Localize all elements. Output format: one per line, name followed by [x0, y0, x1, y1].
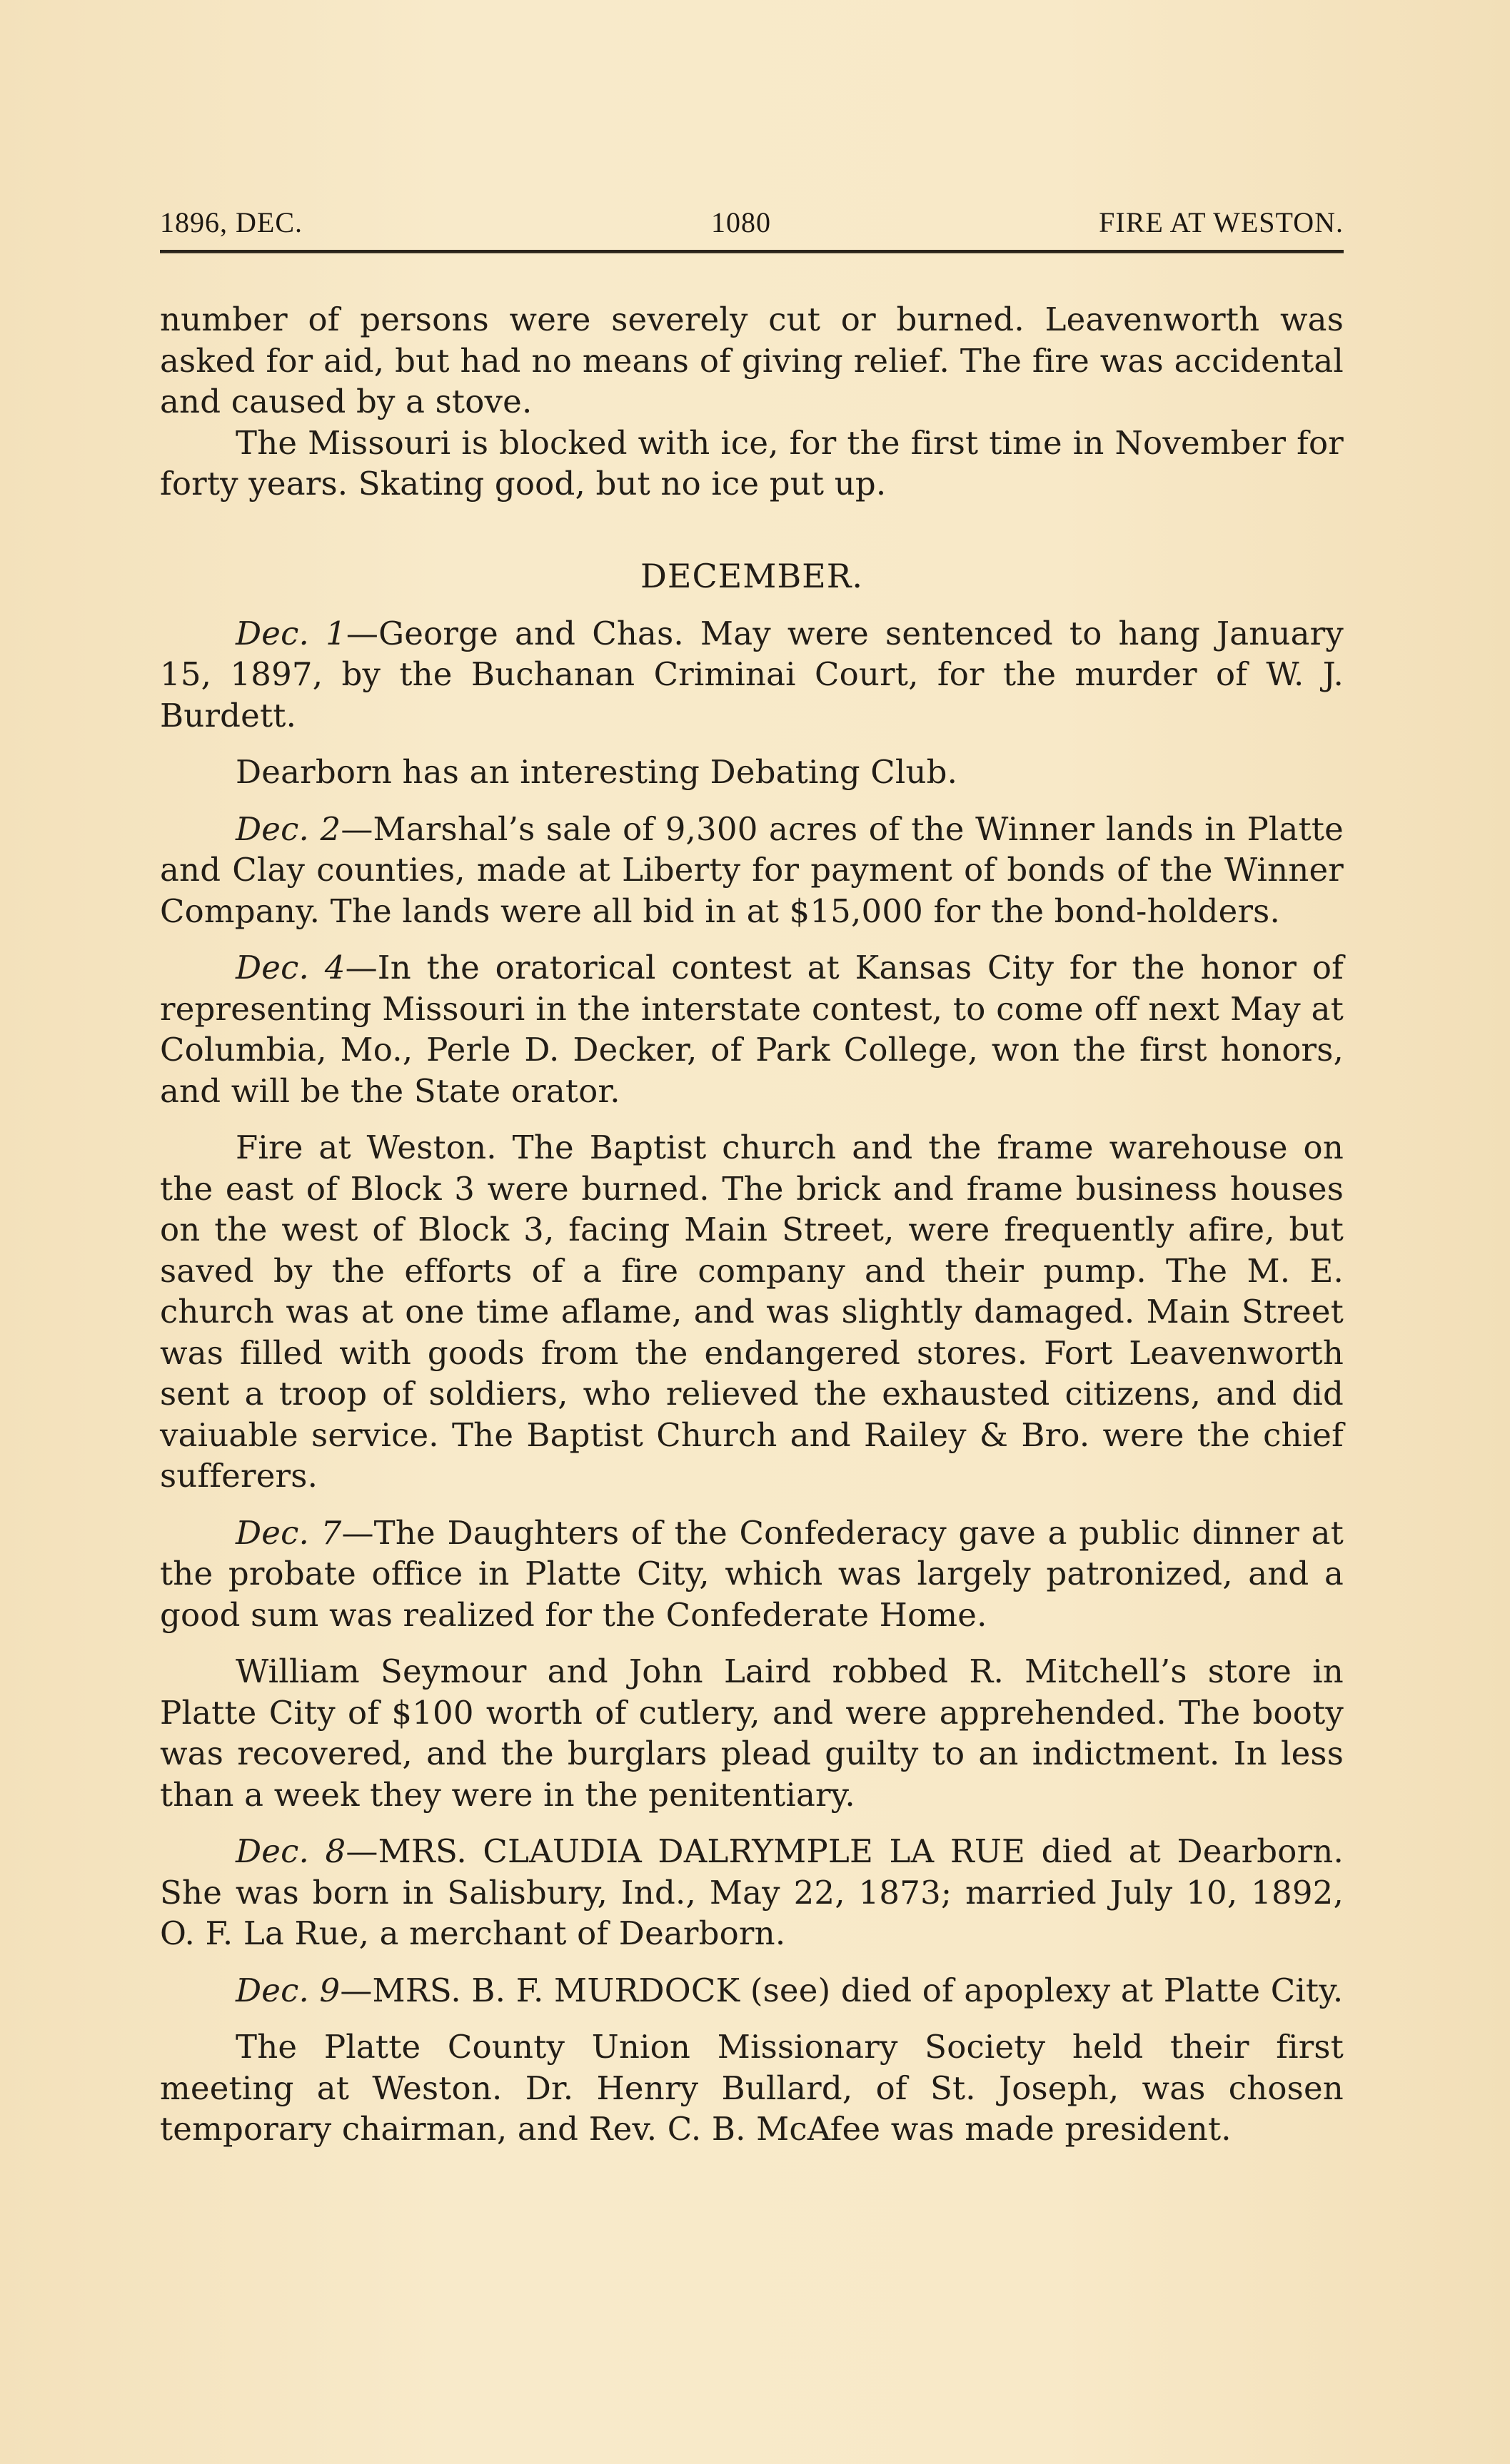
- entry-fire-at-weston: Fire at Weston. The Baptist church and t…: [160, 1127, 1344, 1497]
- paragraph-continued: number of persons were severely cut or b…: [160, 299, 1344, 423]
- body-text: number of persons were severely cut or b…: [160, 299, 1344, 2150]
- header-rule: [160, 250, 1344, 253]
- entry-missionary-society: The Platte County Union Missionary Socie…: [160, 2026, 1344, 2150]
- entry-date: Dec. 7: [236, 1514, 341, 1552]
- entry-dec-8: Dec. 8—MRS. CLAUDIA DALRYMPLE LA RUE die…: [160, 1831, 1344, 1954]
- entry-dec-2: Dec. 2—Marshal’s sale of 9,300 acres of …: [160, 809, 1344, 932]
- paragraph-missouri-ice: The Missouri is blocked with ice, for th…: [160, 423, 1344, 505]
- entry-date: Dec. 4: [236, 949, 346, 986]
- entry-robbery: William Seymour and John Laird robbed R.…: [160, 1651, 1344, 1815]
- entry-text: The Platte County Union Missionary Socie…: [160, 2028, 1344, 2148]
- entry-text: Dearborn has an interesting Debating Clu…: [236, 753, 957, 791]
- entry-date: Dec. 2: [236, 810, 341, 848]
- entry-dec-4: Dec. 4—In the oratorical contest at Kans…: [160, 947, 1344, 1111]
- running-head: 1896, DEC. 1080 FIRE AT WESTON.: [160, 206, 1344, 240]
- entry-text: William Seymour and John Laird robbed R.…: [160, 1652, 1344, 1814]
- page-number: 1080: [139, 206, 1344, 240]
- entry-debating-club: Dearborn has an interesting Debating Clu…: [160, 752, 1344, 793]
- entry-text: Fire at Weston. The Baptist church and t…: [160, 1129, 1344, 1495]
- entry-date: Dec. 8: [236, 1832, 346, 1870]
- entry-dec-7: Dec. 7—The Daughters of the Confederacy …: [160, 1513, 1344, 1636]
- section-heading-december: DECEMBER.: [160, 556, 1344, 596]
- entry-text: —MRS. B. F. MURDOCK (see) died of apople…: [340, 1971, 1343, 2009]
- entry-dec-1: Dec. 1—George and Chas. May were sentenc…: [160, 613, 1344, 737]
- entry-date: Dec. 9: [236, 1971, 340, 2009]
- book-page: 1896, DEC. 1080 FIRE AT WESTON. number o…: [160, 206, 1344, 2150]
- entry-date: Dec. 1: [236, 615, 346, 652]
- entry-dec-9: Dec. 9—MRS. B. F. MURDOCK (see) died of …: [160, 1970, 1344, 2011]
